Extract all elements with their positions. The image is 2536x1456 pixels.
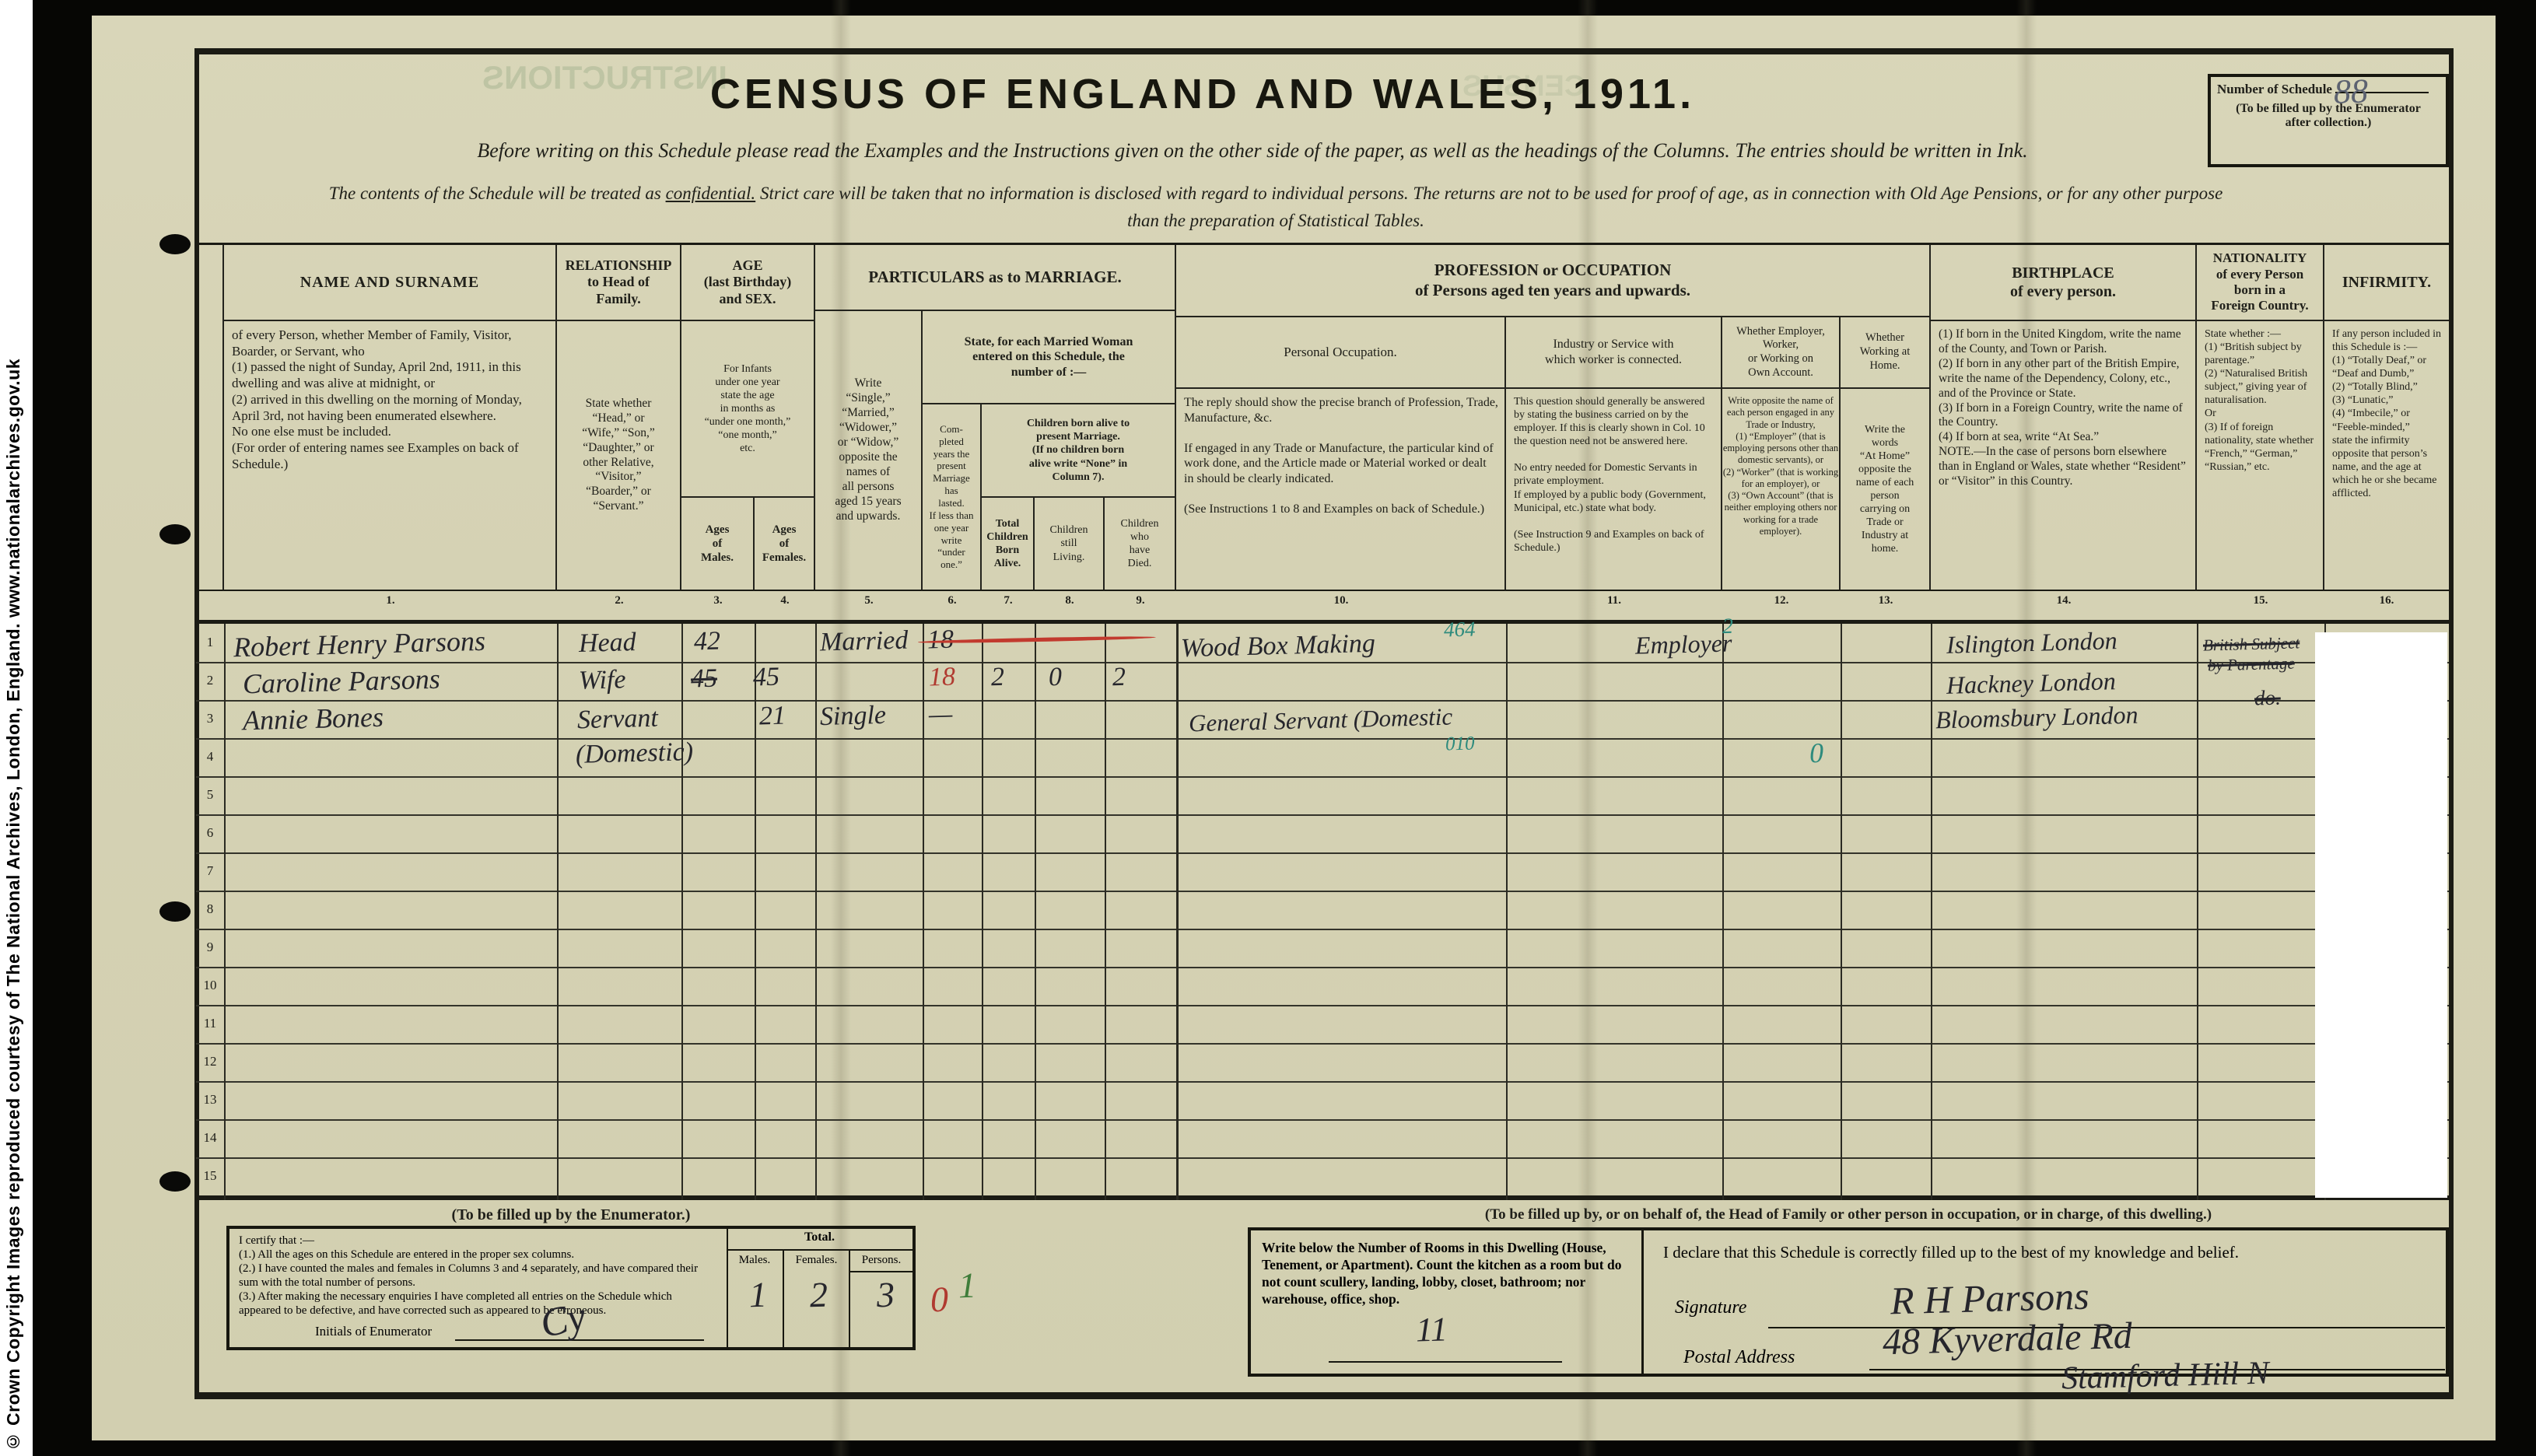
confidential-pre: The contents of the Schedule will be tre… <box>329 184 666 203</box>
column-number: 5. <box>864 594 873 607</box>
header-nationality-title: NATIONALITY of every Person born in a Fo… <box>2197 245 2324 321</box>
signature-value: R H Parsons <box>1890 1276 2089 1321</box>
column-number: 11. <box>1607 594 1621 607</box>
header-marriage-status: Write “Single,” “Married,” “Widower,” or… <box>815 311 923 590</box>
header-infirmity-body: If any person included in this Schedule … <box>2324 321 2449 590</box>
header-birthplace-title: BIRTHPLACE of every person. <box>1931 245 2197 321</box>
page-title: CENSUS OF ENGLAND AND WALES, 1911. <box>199 72 2206 117</box>
entry-children-died: 2 <box>1112 664 1126 691</box>
row-number: 7 <box>207 863 214 879</box>
column-number: 7. <box>1004 594 1012 607</box>
entry-age-male-struck: 45 <box>691 666 718 693</box>
entry-occupation: General Servant (Domestic <box>1189 705 1453 736</box>
rooms-instruction: Write below the Number of Rooms in this … <box>1262 1240 1627 1308</box>
table-row-line <box>196 852 2449 854</box>
row-number: 2 <box>207 673 214 688</box>
enumerator-certify: I certify that :— (1.) All the ages on t… <box>239 1234 715 1318</box>
header-occupation-body: The reply should show the precise branch… <box>1176 389 1506 590</box>
header-ages-males: Ages of Males. <box>681 498 755 590</box>
copyright-sidebar: © Crown Copyright Images reproduced cour… <box>0 0 33 1456</box>
enumerator-initials-label: Initials of Enumerator <box>315 1324 432 1339</box>
table-row-line <box>196 967 2449 968</box>
entry-nationality-struck: do. <box>2254 688 2281 709</box>
header-industry-body: This question should generally be answer… <box>1506 389 1722 590</box>
entry-name: Annie Bones <box>243 703 384 735</box>
row-number: 8 <box>207 901 214 917</box>
header-employer-body: Write opposite the name of each person e… <box>1722 389 1841 590</box>
table-row-line <box>196 776 2449 778</box>
header-occupation-label: Personal Occupation. <box>1176 317 1506 389</box>
row-number: 11 <box>204 1016 216 1031</box>
header-rownum-col <box>196 245 224 590</box>
table-row-line <box>196 1119 2449 1121</box>
employer-code: 2 <box>1722 616 1734 638</box>
instruction-line: Before writing on this Schedule please r… <box>257 137 2248 165</box>
entry-relationship: Wife <box>579 667 626 695</box>
entry-name: Caroline Parsons <box>243 665 441 698</box>
females-label: Females. <box>784 1254 849 1267</box>
enumerator-heading: (To be filled up by the Enumerator.) <box>226 1206 916 1224</box>
row-number: 9 <box>207 940 214 955</box>
row-number: 3 <box>207 711 214 726</box>
entry-birthplace: Bloomsbury London <box>1935 702 2138 733</box>
column-number: 4. <box>780 594 789 607</box>
occupation-code: 010 <box>1445 734 1475 754</box>
table-row-line <box>196 891 2449 892</box>
census-scan: © Crown Copyright Images reproduced cour… <box>0 0 2536 1456</box>
header-profession-band: PROFESSION or OCCUPATION of Persons aged… <box>1176 245 1931 317</box>
header-children-born: Total Children Born Alive. <box>982 498 1035 590</box>
signature-label: Signature <box>1675 1297 1746 1318</box>
row-number: 10 <box>204 978 217 993</box>
punch-hole <box>159 524 191 544</box>
entry-relationship: Head <box>579 629 637 657</box>
header-name-body: of every Person, whether Member of Famil… <box>224 321 557 590</box>
entry-name: Robert Henry Parsons <box>233 627 486 661</box>
column-number: 16. <box>2380 594 2394 607</box>
form-border-right <box>2449 48 2454 1399</box>
entry-children-born: 2 <box>991 664 1005 691</box>
header-infirmity-title: INFIRMITY. <box>2324 245 2449 321</box>
males-label: Males. <box>727 1254 783 1267</box>
copyright-text: © Crown Copyright Images reproduced cour… <box>3 359 24 1451</box>
entry-marriage: Single <box>820 702 887 730</box>
column-number: 6. <box>947 594 956 607</box>
dwelling-box: Write below the Number of Rooms in this … <box>1248 1227 2449 1377</box>
header-children-head: Children born alive to present Marriage.… <box>982 404 1176 498</box>
persons-label: Persons. <box>850 1254 912 1267</box>
entry-nationality-struck: British Subject <box>2203 635 2300 653</box>
header-name-title: NAME AND SURNAME <box>224 245 557 321</box>
table-row-line <box>196 814 2449 816</box>
margin-mark-red: 0 <box>930 1282 948 1318</box>
punch-hole <box>159 901 191 922</box>
row-number: 4 <box>207 749 214 765</box>
row-number: 6 <box>207 825 214 841</box>
table-row-line <box>196 1157 2449 1159</box>
column-number: 9. <box>1136 594 1144 607</box>
enumerator-box: I certify that :— (1.) All the ages on t… <box>226 1226 916 1350</box>
row-number: 14 <box>204 1130 217 1146</box>
entry-relationship: (Domestic) <box>576 739 694 768</box>
entry-birthplace: Hackney London <box>1946 668 2116 698</box>
table-row-line <box>196 662 2449 663</box>
declaration-text: I declare that this Schedule is correctl… <box>1663 1243 2433 1262</box>
punch-hole <box>159 234 191 254</box>
table-row-line <box>196 738 2449 740</box>
entry-years-married-red: 18 <box>929 664 956 691</box>
header-years-married: Com- pleted years the present Marriage h… <box>923 404 982 590</box>
column-number: 1. <box>386 594 394 607</box>
row-number: 5 <box>207 787 214 803</box>
row-number: 12 <box>204 1054 217 1069</box>
confidential-line2: than the preparation of Statistical Tabl… <box>218 208 2334 233</box>
schedule-number-box: Number of Schedule (To be filled up by t… <box>2208 74 2449 167</box>
header-children-died: Children who have Died. <box>1105 498 1176 590</box>
column-number: 2. <box>615 594 623 607</box>
schedule-number-value: 88 <box>2333 74 2368 109</box>
entry-employer-status: Employer <box>1635 630 1732 657</box>
confidential-post: Strict care will be taken that no inform… <box>755 184 2223 203</box>
postal-address-label: Postal Address <box>1683 1347 1795 1368</box>
column-number: 8. <box>1065 594 1074 607</box>
enumerator-initials-value: Cy <box>537 1297 589 1346</box>
column-number: 3. <box>713 594 722 607</box>
table-row-line <box>196 1005 2449 1006</box>
total-label: Total. <box>727 1230 912 1244</box>
punch-hole <box>159 1171 191 1192</box>
column-number: 15. <box>2254 594 2268 607</box>
entry-birthplace: Islington London <box>1946 628 2117 657</box>
table-row-line <box>196 929 2449 930</box>
occupation-code: 464 <box>1444 618 1476 640</box>
entry-age-female: 45 <box>753 664 780 691</box>
row-number: 1 <box>207 635 214 650</box>
row-number: 13 <box>204 1092 217 1108</box>
row-number: 15 <box>204 1168 217 1184</box>
entry-occupation: Wood Box Making <box>1181 631 1376 663</box>
females-value: 2 <box>809 1277 828 1314</box>
form-border-top <box>194 48 2454 54</box>
table-row-line <box>196 1081 2449 1083</box>
entry-age-male: 42 <box>694 628 721 656</box>
entry-marriage: Married <box>820 628 909 656</box>
header-industry-label: Industry or Service with which worker is… <box>1506 317 1722 389</box>
header-children-living: Children still Living. <box>1035 498 1105 590</box>
redaction-block <box>2315 632 2447 1198</box>
header-ages-females: Ages of Females. <box>755 498 815 590</box>
header-age-title: AGE (last Birthday) and SEX. <box>681 245 815 321</box>
entry-years-married: — <box>929 702 953 729</box>
persons-value: 3 <box>876 1277 895 1314</box>
confidential-line: The contents of the Schedule will be tre… <box>218 180 2334 207</box>
margin-mark-green: 1 <box>958 1268 976 1304</box>
entry-children-living: 0 <box>1049 664 1063 691</box>
schedule-number-note: (To be filled up by the Enumerator after… <box>2217 102 2440 130</box>
males-value: 1 <box>748 1277 767 1314</box>
schedule-number-label: Number of Schedule <box>2217 82 2332 96</box>
header-employer-label: Whether Employer, Worker, or Working on … <box>1722 317 1841 389</box>
column-number: 10. <box>1334 594 1349 607</box>
entry-relationship: Servant <box>577 705 659 734</box>
header-marriage-band: PARTICULARS as to MARRIAGE. <box>815 245 1176 311</box>
header-relationship-title: RELATIONSHIP to Head of Family. <box>557 245 681 321</box>
header-birthplace-body: (1) If born in the United Kingdom, write… <box>1931 321 2197 590</box>
header-athome-label: Whether Working at Home. <box>1841 317 1931 389</box>
rooms-value: 11 <box>1415 1312 1448 1347</box>
dwelling-heading: (To be filled up by, or on behalf of, th… <box>1248 1206 2449 1224</box>
column-number: 14. <box>2057 594 2072 607</box>
header-nationality-body: State whether :— (1) “British subject by… <box>2197 321 2324 590</box>
entry-nationality-struck: by Parentage <box>2208 656 2295 674</box>
employer-code: 0 <box>1809 739 1824 767</box>
column-number: 12. <box>1774 594 1789 607</box>
header-athome-body: Write the words “At Home” opposite the n… <box>1841 389 1931 590</box>
entry-age-female: 21 <box>759 703 786 730</box>
header-relationship-body: State whether “Head,” or “Wife,” “Son,” … <box>557 321 681 590</box>
column-number: 13. <box>1879 594 1893 607</box>
postal-address-value: 48 Kyverdale Rd <box>1882 1318 2132 1361</box>
header-age-body: For Infants under one year state the age… <box>681 321 815 498</box>
table-row-line <box>196 1043 2449 1045</box>
header-married-woman: State, for each Married Woman entered on… <box>923 311 1176 404</box>
postal-address-value2: Stamford Hill N <box>2061 1357 2269 1395</box>
confidential-word: confidential. <box>666 184 756 203</box>
